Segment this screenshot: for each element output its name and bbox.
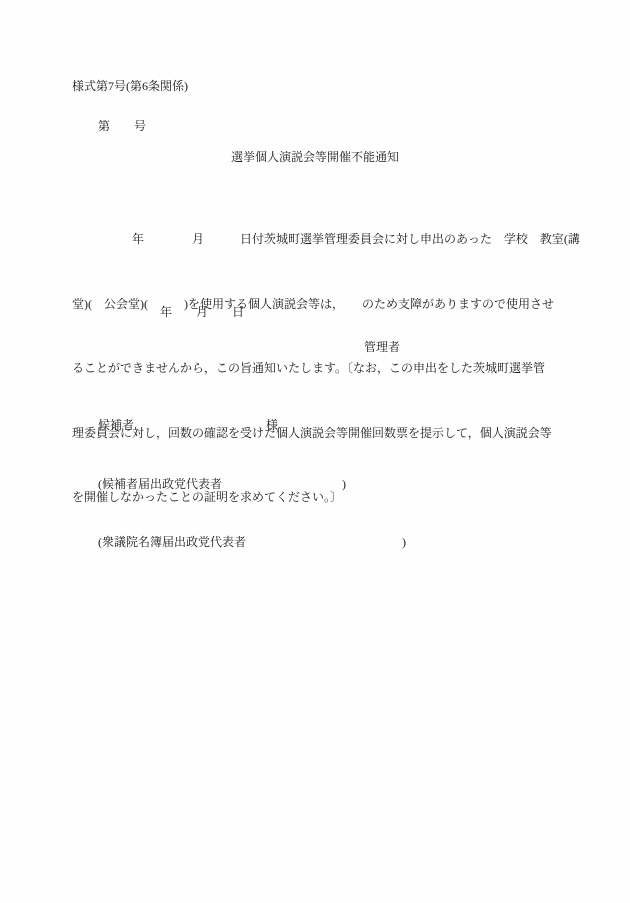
document-page: 様式第7号(第6条関係) 第 号 選挙個人演説会等開催不能通知 年 月 日付茨城…: [0, 0, 630, 903]
addressee-house-list-party-rep-line: (衆議院名簿届出政党代表者 ): [98, 533, 406, 553]
addressee-candidate-line: 候補者 様: [98, 416, 406, 436]
document-title: 選挙個人演説会等開催不能通知: [0, 150, 630, 164]
body-line-1: 年 月 日付茨城町選挙管理委員会に対し申出のあった 学校 教室(講: [72, 229, 580, 251]
addressee-candidate-party-rep-line: (候補者届出政党代表者 ): [98, 475, 406, 495]
body-line-2: 堂)( 公会堂)( )を使用する個人演説会等は， のため支障がありますので使用さ…: [72, 294, 580, 316]
document-number-line: 第 号: [98, 119, 146, 133]
date-line: 年 月 日: [160, 305, 244, 319]
addressee-block: 候補者 様 (候補者届出政党代表者 ) (衆議院名簿届出政党代表者 ): [98, 377, 406, 592]
form-style-number: 様式第7号(第6条関係): [72, 79, 188, 93]
issuer-label: 管理者: [364, 340, 400, 354]
